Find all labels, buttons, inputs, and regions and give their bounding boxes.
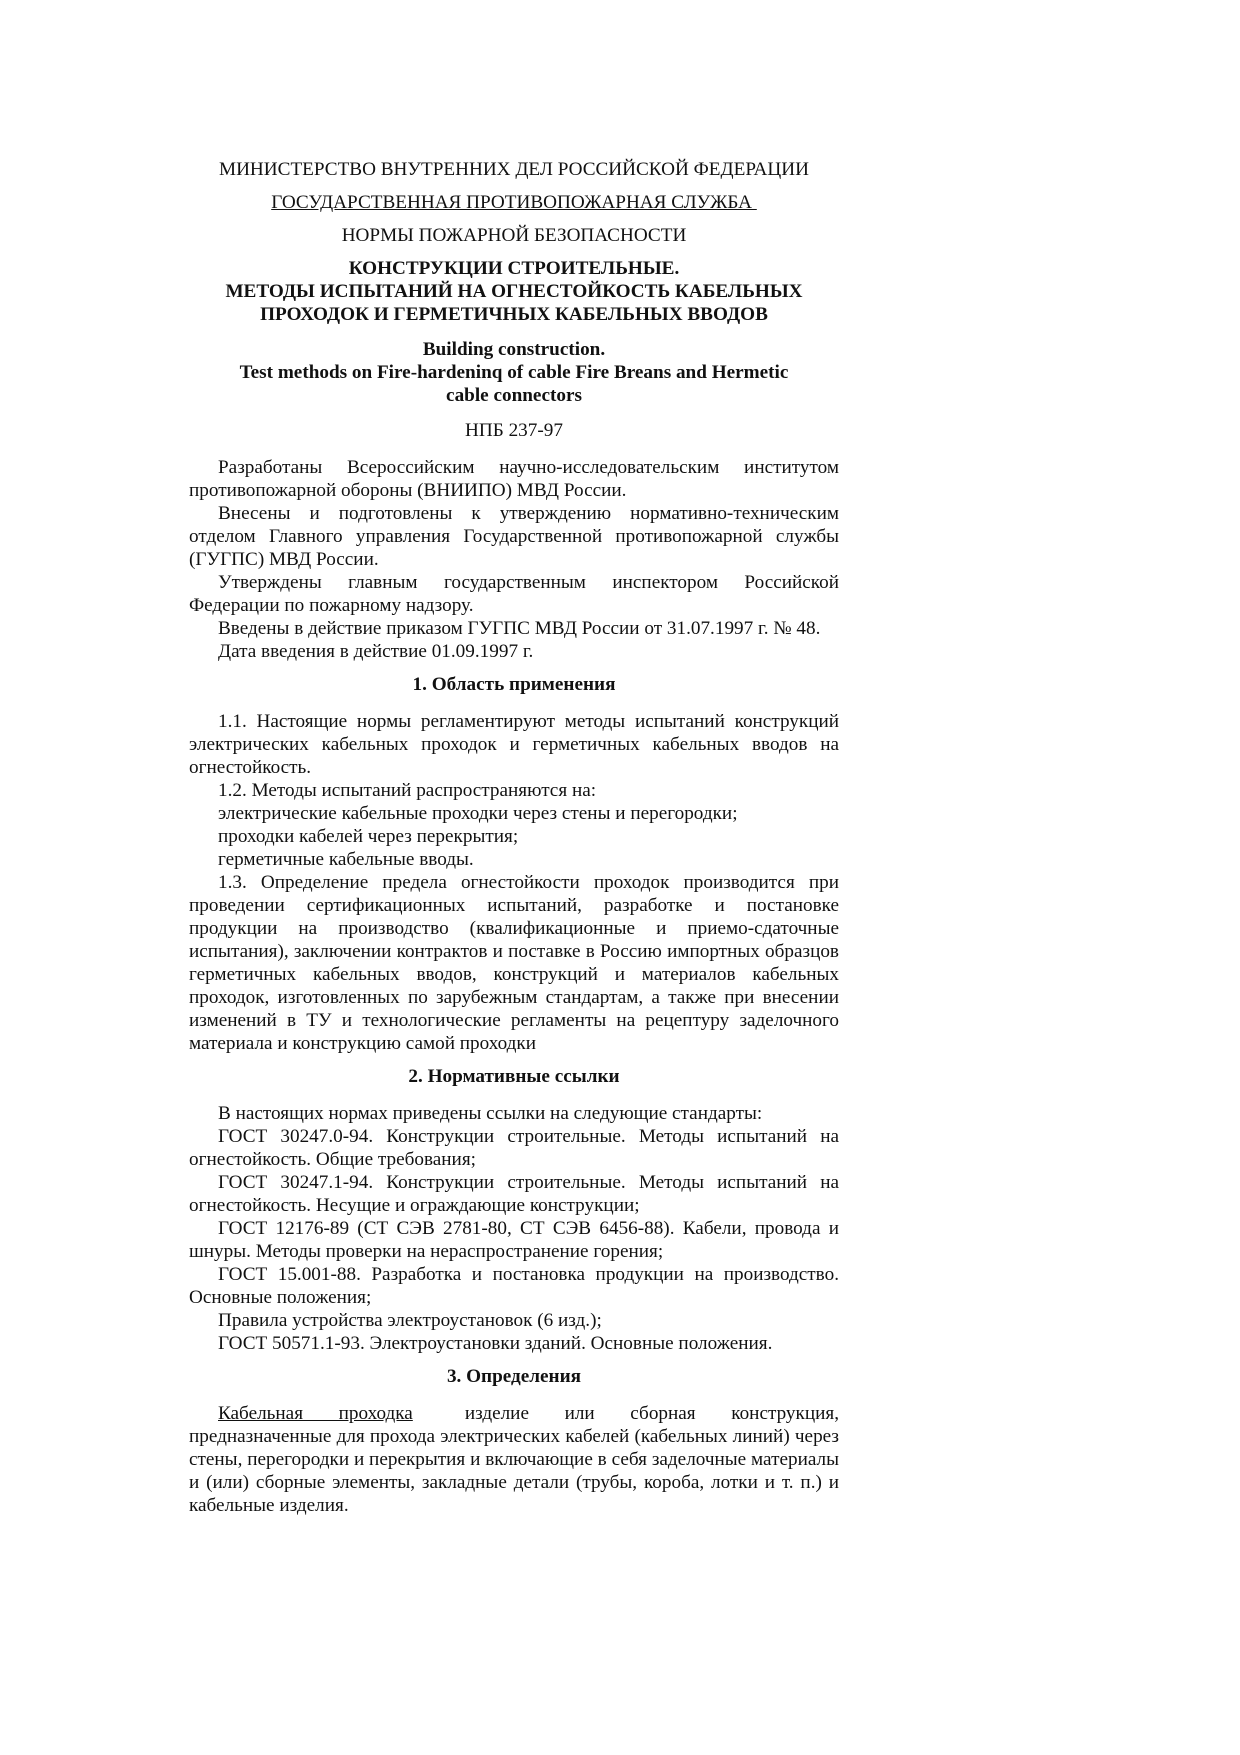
section-heading: 2. Нормативные ссылки (189, 1065, 839, 1088)
section-definitions: 3. Определения Кабельная проходкаизделие… (189, 1365, 839, 1517)
references-intro: В настоящих нормах приведены ссылки на с… (189, 1102, 839, 1125)
definition-paragraph: Кабельная проходкаизделие или сборная ко… (189, 1402, 839, 1517)
title-en-line: cable connectors (189, 384, 839, 407)
clause-1-3: 1.3. Определение предела огнестойкости п… (189, 871, 839, 1055)
norms-type-header: НОРМЫ ПОЖАРНОЙ БЕЗОПАСНОСТИ (189, 224, 839, 247)
title-ru-line: МЕТОДЫ ИСПЫТАНИЙ НА ОГНЕСТОЙКОСТЬ КАБЕЛЬ… (189, 280, 839, 303)
document-title-russian: КОНСТРУКЦИИ СТРОИТЕЛЬНЫЕ. МЕТОДЫ ИСПЫТАН… (189, 257, 839, 326)
intro-paragraph: Введены в действие приказом ГУГПС МВД Ро… (189, 617, 839, 640)
title-ru-line: КОНСТРУКЦИИ СТРОИТЕЛЬНЫЕ. (189, 257, 839, 280)
reference-item: ГОСТ 50571.1-93. Электроустановки зданий… (189, 1332, 839, 1355)
section-heading: 3. Определения (189, 1365, 839, 1388)
intro-paragraph: Дата введения в действие 01.09.1997 г. (189, 640, 839, 663)
document-page: МИНИСТЕРСТВО ВНУТРЕННИХ ДЕЛ РОССИЙСКОЙ Ф… (189, 158, 839, 1517)
reference-item: Правила устройства электроустановок (6 и… (189, 1309, 839, 1332)
clause-1-1: 1.1. Настоящие нормы регламентируют мето… (189, 710, 839, 779)
scope-list-item: электрические кабельные проходки через с… (189, 802, 839, 825)
intro-paragraph: Внесены и подготовлены к утверждению нор… (189, 502, 839, 571)
service-header: ГОСУДАРСТВЕННАЯ ПРОТИВОПОЖАРНАЯ СЛУЖБА (189, 191, 839, 214)
scope-list-item: проходки кабелей через перекрытия; (189, 825, 839, 848)
document-code: НПБ 237-97 (189, 419, 839, 442)
title-en-line: Test methods on Fire-hardeninq of cable … (189, 361, 839, 384)
scope-list-item: герметичные кабельные вводы. (189, 848, 839, 871)
section-scope: 1. Область применения 1.1. Настоящие нор… (189, 673, 839, 1055)
title-en-line: Building construction. (189, 338, 839, 361)
ministry-header: МИНИСТЕРСТВО ВНУТРЕННИХ ДЕЛ РОССИЙСКОЙ Ф… (189, 158, 839, 181)
clause-1-2: 1.2. Методы испытаний распространяются н… (189, 779, 839, 802)
reference-item: ГОСТ 30247.1-94. Конструкции строительны… (189, 1171, 839, 1217)
intro-paragraph: Утверждены главным государственным инспе… (189, 571, 839, 617)
intro-block: Разработаны Всероссийским научно-исследо… (189, 456, 839, 663)
intro-paragraph: Разработаны Всероссийским научно-исследо… (189, 456, 839, 502)
reference-item: ГОСТ 12176-89 (СТ СЭВ 2781-80, СТ СЭВ 64… (189, 1217, 839, 1263)
title-ru-line: ПРОХОДОК И ГЕРМЕТИЧНЫХ КАБЕЛЬНЫХ ВВОДОВ (189, 303, 839, 326)
section-references: 2. Нормативные ссылки В настоящих нормах… (189, 1065, 839, 1355)
defined-term: Кабельная проходка (218, 1403, 413, 1424)
section-heading: 1. Область применения (189, 673, 839, 696)
reference-item: ГОСТ 30247.0-94. Конструкции строительны… (189, 1125, 839, 1171)
reference-item: ГОСТ 15.001-88. Разработка и постановка … (189, 1263, 839, 1309)
document-title-english: Building construction. Test methods on F… (189, 338, 839, 407)
